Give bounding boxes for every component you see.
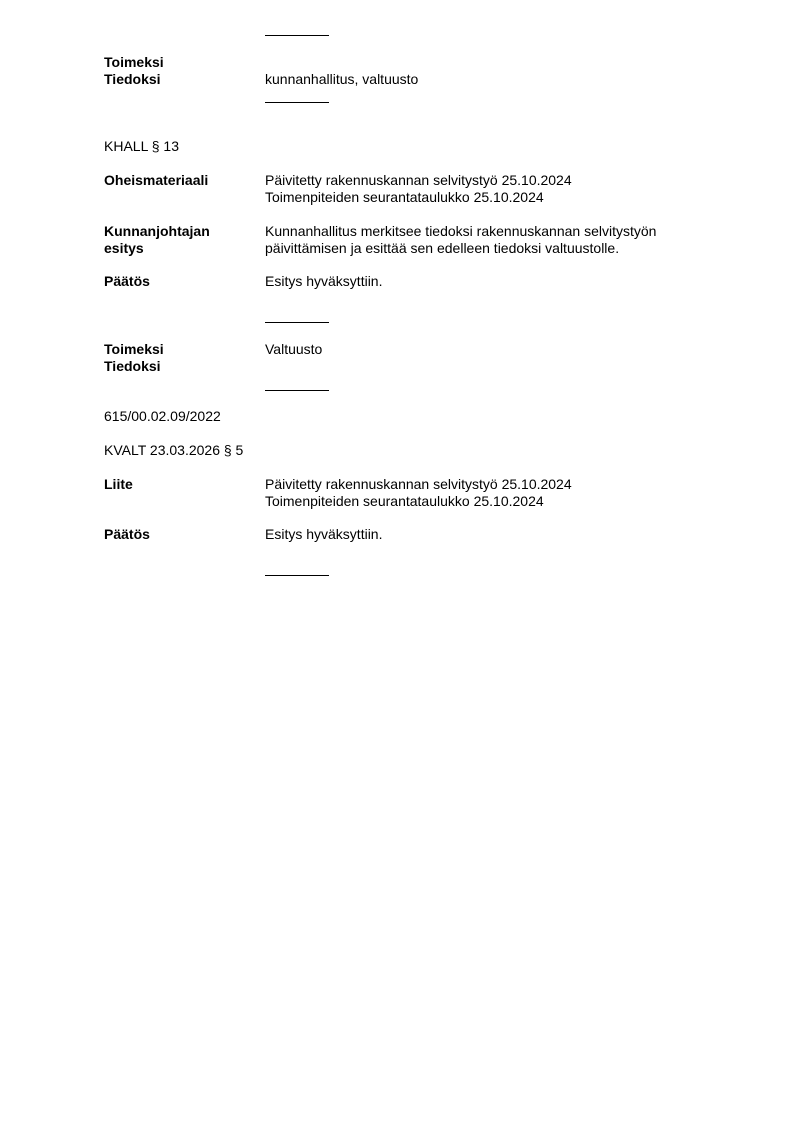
proposal-label-cont: esitys [104,240,144,257]
attachment-item: Toimenpiteiden seurantataulukko 25.10.20… [265,189,544,206]
separator-line [265,102,329,103]
kvalt-heading: KVALT 23.03.2026 § 5 [104,442,243,459]
proposal-text: Kunnanhallitus merkitsee tiedoksi rakenn… [265,223,656,240]
record-id: 615/00.02.09/2022 [104,408,221,425]
attachments-label: Liite [104,476,133,493]
decision-label: Päätös [104,526,150,543]
attachments-label: Oheismateriaali [104,172,208,189]
assigned-label: Toimeksi [104,341,164,358]
info-value: kunnanhallitus, valtuusto [265,71,418,88]
proposal-label: Kunnanjohtajan [104,223,210,240]
decision-text: Esitys hyväksyttiin. [265,526,382,543]
separator-line [265,575,329,576]
assigned-label: Toimeksi [104,54,164,71]
decision-text: Esitys hyväksyttiin. [265,273,382,290]
attachment-item: Päivitetty rakennuskannan selvitystyö 25… [265,172,572,189]
attachment-item: Päivitetty rakennuskannan selvitystyö 25… [265,476,572,493]
info-label: Tiedoksi [104,71,161,88]
attachment-item: Toimenpiteiden seurantataulukko 25.10.20… [265,493,544,510]
separator-line [265,390,329,391]
separator-line [265,35,329,36]
proposal-text-cont: päivittämisen ja esittää sen edelleen ti… [265,240,619,257]
decision-label: Päätös [104,273,150,290]
separator-line [265,322,329,323]
info-label: Tiedoksi [104,358,161,375]
khall-heading: KHALL § 13 [104,138,179,155]
assigned-value: Valtuusto [265,341,322,358]
